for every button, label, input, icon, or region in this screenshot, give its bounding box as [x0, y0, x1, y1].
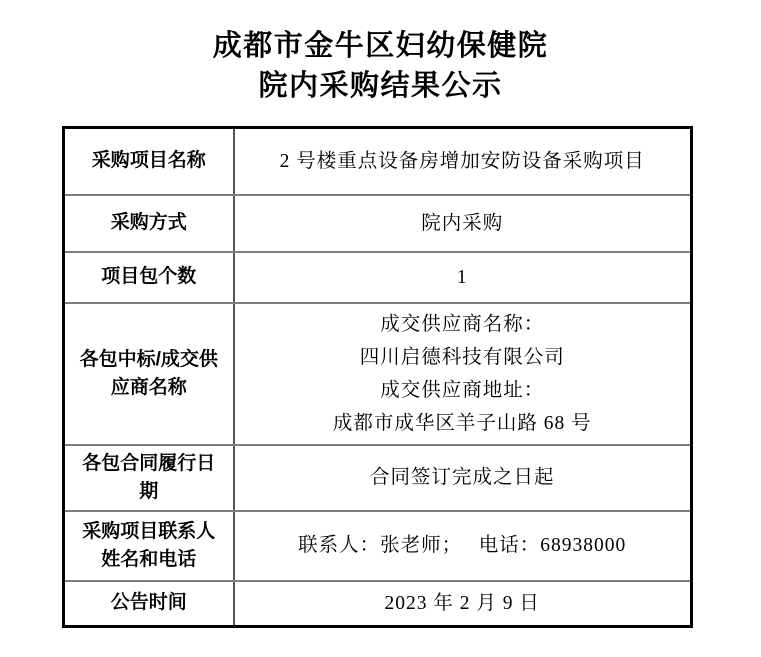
table-row-project-name: 采购项目名称 2 号楼重点设备房增加安防设备采购项目	[64, 128, 692, 195]
title-line-1: 成都市金牛区妇幼保健院	[0, 26, 761, 66]
row-value-project-name: 2 号楼重点设备房增加安防设备采购项目	[234, 128, 692, 195]
page-title: 成都市金牛区妇幼保健院 院内采购结果公示	[0, 26, 761, 106]
row-label-package-count: 项目包个数	[64, 252, 234, 303]
row-label-procurement-method: 采购方式	[64, 195, 234, 252]
row-value-contract-date: 合同签订完成之日起	[234, 445, 692, 511]
row-value-contact-info: 联系人：张老师； 电话：68938000	[234, 511, 692, 581]
row-value-procurement-method: 院内采购	[234, 195, 692, 252]
row-value-package-count: 1	[234, 252, 692, 303]
announcement-page: 成都市金牛区妇幼保健院 院内采购结果公示 采购项目名称 2 号楼重点设备房增加安…	[0, 0, 761, 657]
title-line-2: 院内采购结果公示	[0, 66, 761, 106]
table-row-package-count: 项目包个数 1	[64, 252, 692, 303]
table-row-announcement-date: 公告时间 2023 年 2 月 9 日	[64, 581, 692, 627]
row-value-announcement-date: 2023 年 2 月 9 日	[234, 581, 692, 627]
table-row-contract-date: 各包合同履行日期 合同签订完成之日起	[64, 445, 692, 511]
table-row-procurement-method: 采购方式 院内采购	[64, 195, 692, 252]
row-label-project-name: 采购项目名称	[64, 128, 234, 195]
row-label-announcement-date: 公告时间	[64, 581, 234, 627]
row-label-supplier-info: 各包中标/成交供应商名称	[64, 303, 234, 445]
row-label-contact-info: 采购项目联系人姓名和电话	[64, 511, 234, 581]
row-label-contract-date: 各包合同履行日期	[64, 445, 234, 511]
table-row-contact-info: 采购项目联系人姓名和电话 联系人：张老师； 电话：68938000	[64, 511, 692, 581]
row-value-supplier-info: 成交供应商名称： 四川启德科技有限公司 成交供应商地址： 成都市成华区羊子山路 …	[234, 303, 692, 445]
procurement-result-table: 采购项目名称 2 号楼重点设备房增加安防设备采购项目 采购方式 院内采购 项目包…	[62, 126, 693, 628]
table-row-supplier-info: 各包中标/成交供应商名称 成交供应商名称： 四川启德科技有限公司 成交供应商地址…	[64, 303, 692, 445]
